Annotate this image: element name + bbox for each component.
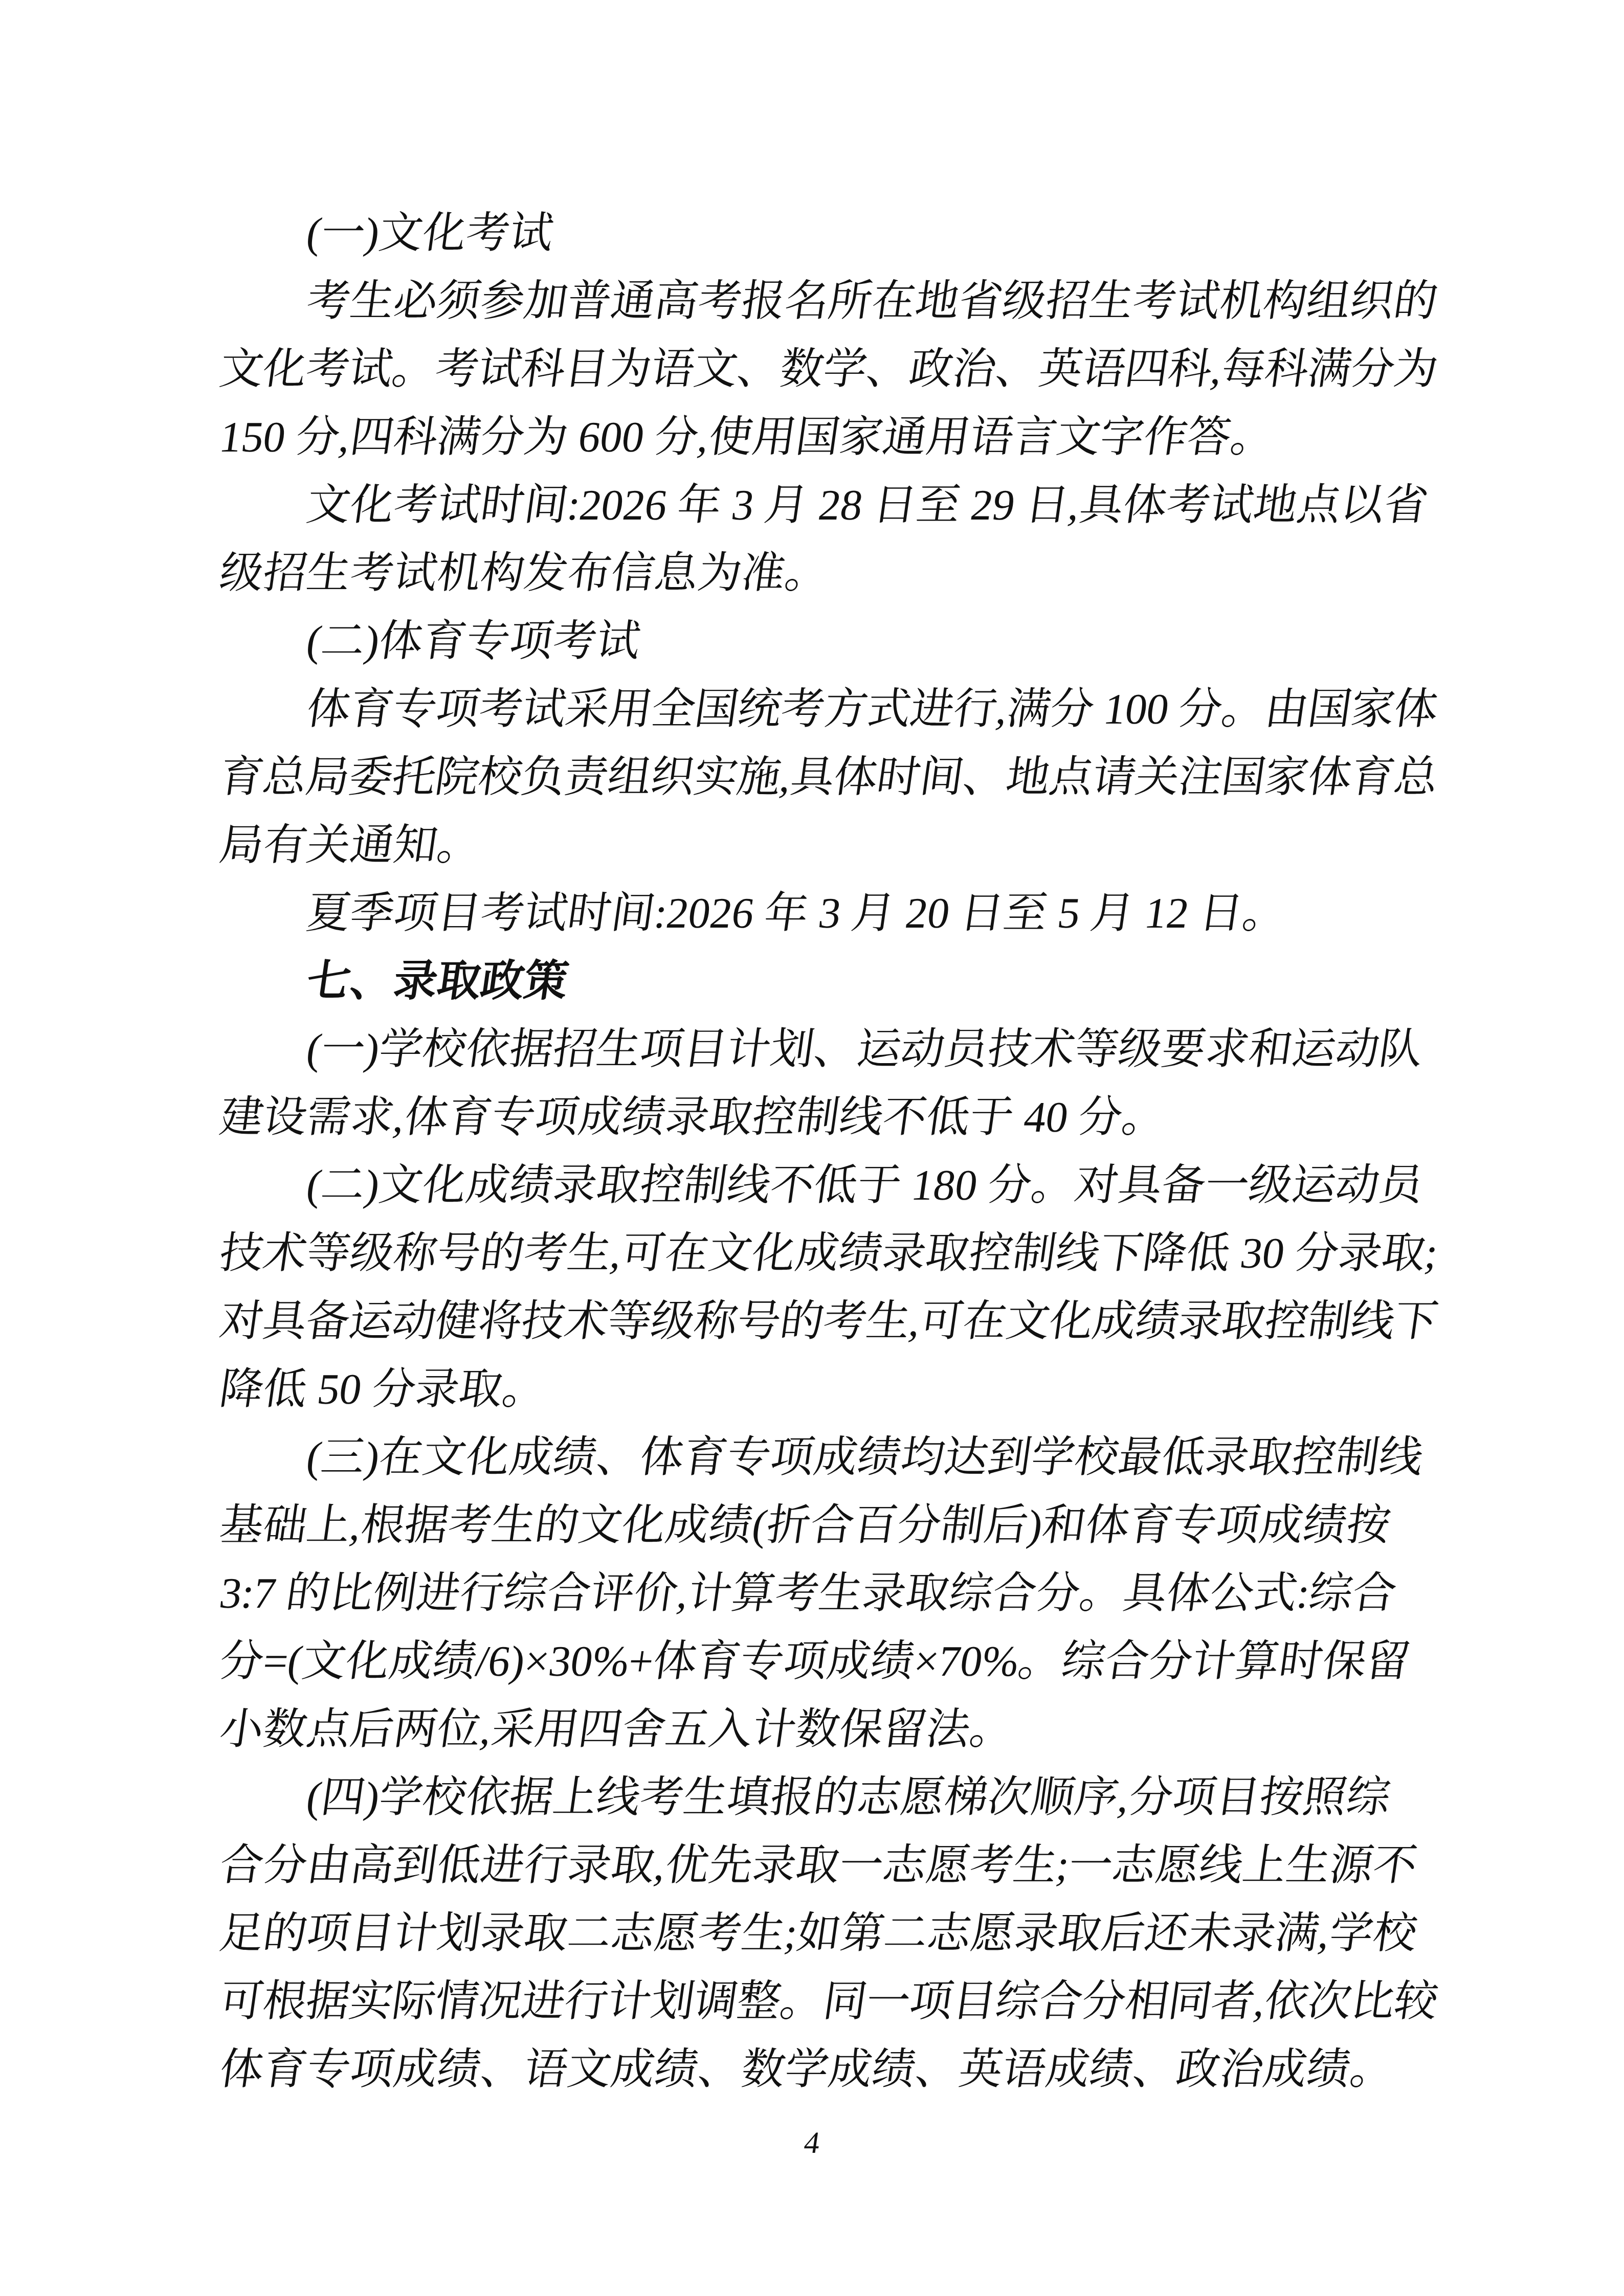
text-line: 降低 50 分录取。 — [215, 1356, 1442, 1424]
text-line: (四)学校依据上线考生填报的志愿梯次顺序,分项目按照综 — [215, 1764, 1442, 1832]
text-line: 文化考试时间:2026 年 3 月 28 日至 29 日,具体考试地点以省 — [215, 471, 1442, 539]
text-line: 育总局委托院校负责组织实施,具体时间、地点请关注国家体育总 — [215, 744, 1442, 812]
text-line: 文化考试。考试科目为语文、数学、政治、英语四科,每科满分为 — [215, 335, 1442, 403]
text-line: (二)文化成绩录取控制线不低于 180 分。对具备一级运动员 — [215, 1152, 1442, 1220]
document-page: (一)文化考试考生必须参加普通高考报名所在地省级招生考试机构组织的文化考试。考试… — [0, 0, 1624, 2296]
text-line: 150 分,四科满分为 600 分,使用国家通用语言文字作答。 — [215, 403, 1442, 471]
text-line: 局有关通知。 — [215, 812, 1442, 880]
section-heading-line: 七、录取政策 — [215, 948, 1442, 1016]
text-line: (一)学校依据招生项目计划、运动员技术等级要求和运动队 — [215, 1016, 1442, 1084]
text-line: 技术等级称号的考生,可在文化成绩录取控制线下降低 30 分录取; — [215, 1220, 1442, 1288]
text-line: 级招生考试机构发布信息为准。 — [215, 539, 1442, 607]
text-line: 体育专项成绩、语文成绩、数学成绩、英语成绩、政治成绩。 — [215, 2036, 1442, 2104]
text-line: 体育专项考试采用全国统考方式进行,满分 100 分。由国家体 — [215, 676, 1442, 744]
text-line: (一)文化考试 — [215, 199, 1442, 267]
page-number: 4 — [0, 2122, 1624, 2163]
text-line: 基础上,根据考生的文化成绩(折合百分制后)和体育专项成绩按 — [215, 1492, 1442, 1560]
text-line: 分=(文化成绩/6)×30%+体育专项成绩×70%。综合分计算时保留 — [215, 1628, 1442, 1696]
text-line: (三)在文化成绩、体育专项成绩均达到学校最低录取控制线 — [215, 1424, 1442, 1492]
text-line: 3:7 的比例进行综合评价,计算考生录取综合分。具体公式:综合 — [215, 1560, 1442, 1628]
text-line: 可根据实际情况进行计划调整。同一项目综合分相同者,依次比较 — [215, 1968, 1442, 2036]
text-line: (二)体育专项考试 — [215, 607, 1442, 676]
text-line: 夏季项目考试时间:2026 年 3 月 20 日至 5 月 12 日。 — [215, 880, 1442, 948]
text-line: 合分由高到低进行录取,优先录取一志愿考生;一志愿线上生源不 — [215, 1832, 1442, 1900]
text-line: 足的项目计划录取二志愿考生;如第二志愿录取后还未录满,学校 — [215, 1900, 1442, 1968]
text-line: 小数点后两位,采用四舍五入计数保留法。 — [215, 1696, 1442, 1764]
text-line: 对具备运动健将技术等级称号的考生,可在文化成绩录取控制线下 — [215, 1288, 1442, 1356]
text-line: 考生必须参加普通高考报名所在地省级招生考试机构组织的 — [215, 267, 1442, 335]
document-body: (一)文化考试考生必须参加普通高考报名所在地省级招生考试机构组织的文化考试。考试… — [220, 199, 1437, 2104]
text-line: 建设需求,体育专项成绩录取控制线不低于 40 分。 — [215, 1084, 1442, 1152]
